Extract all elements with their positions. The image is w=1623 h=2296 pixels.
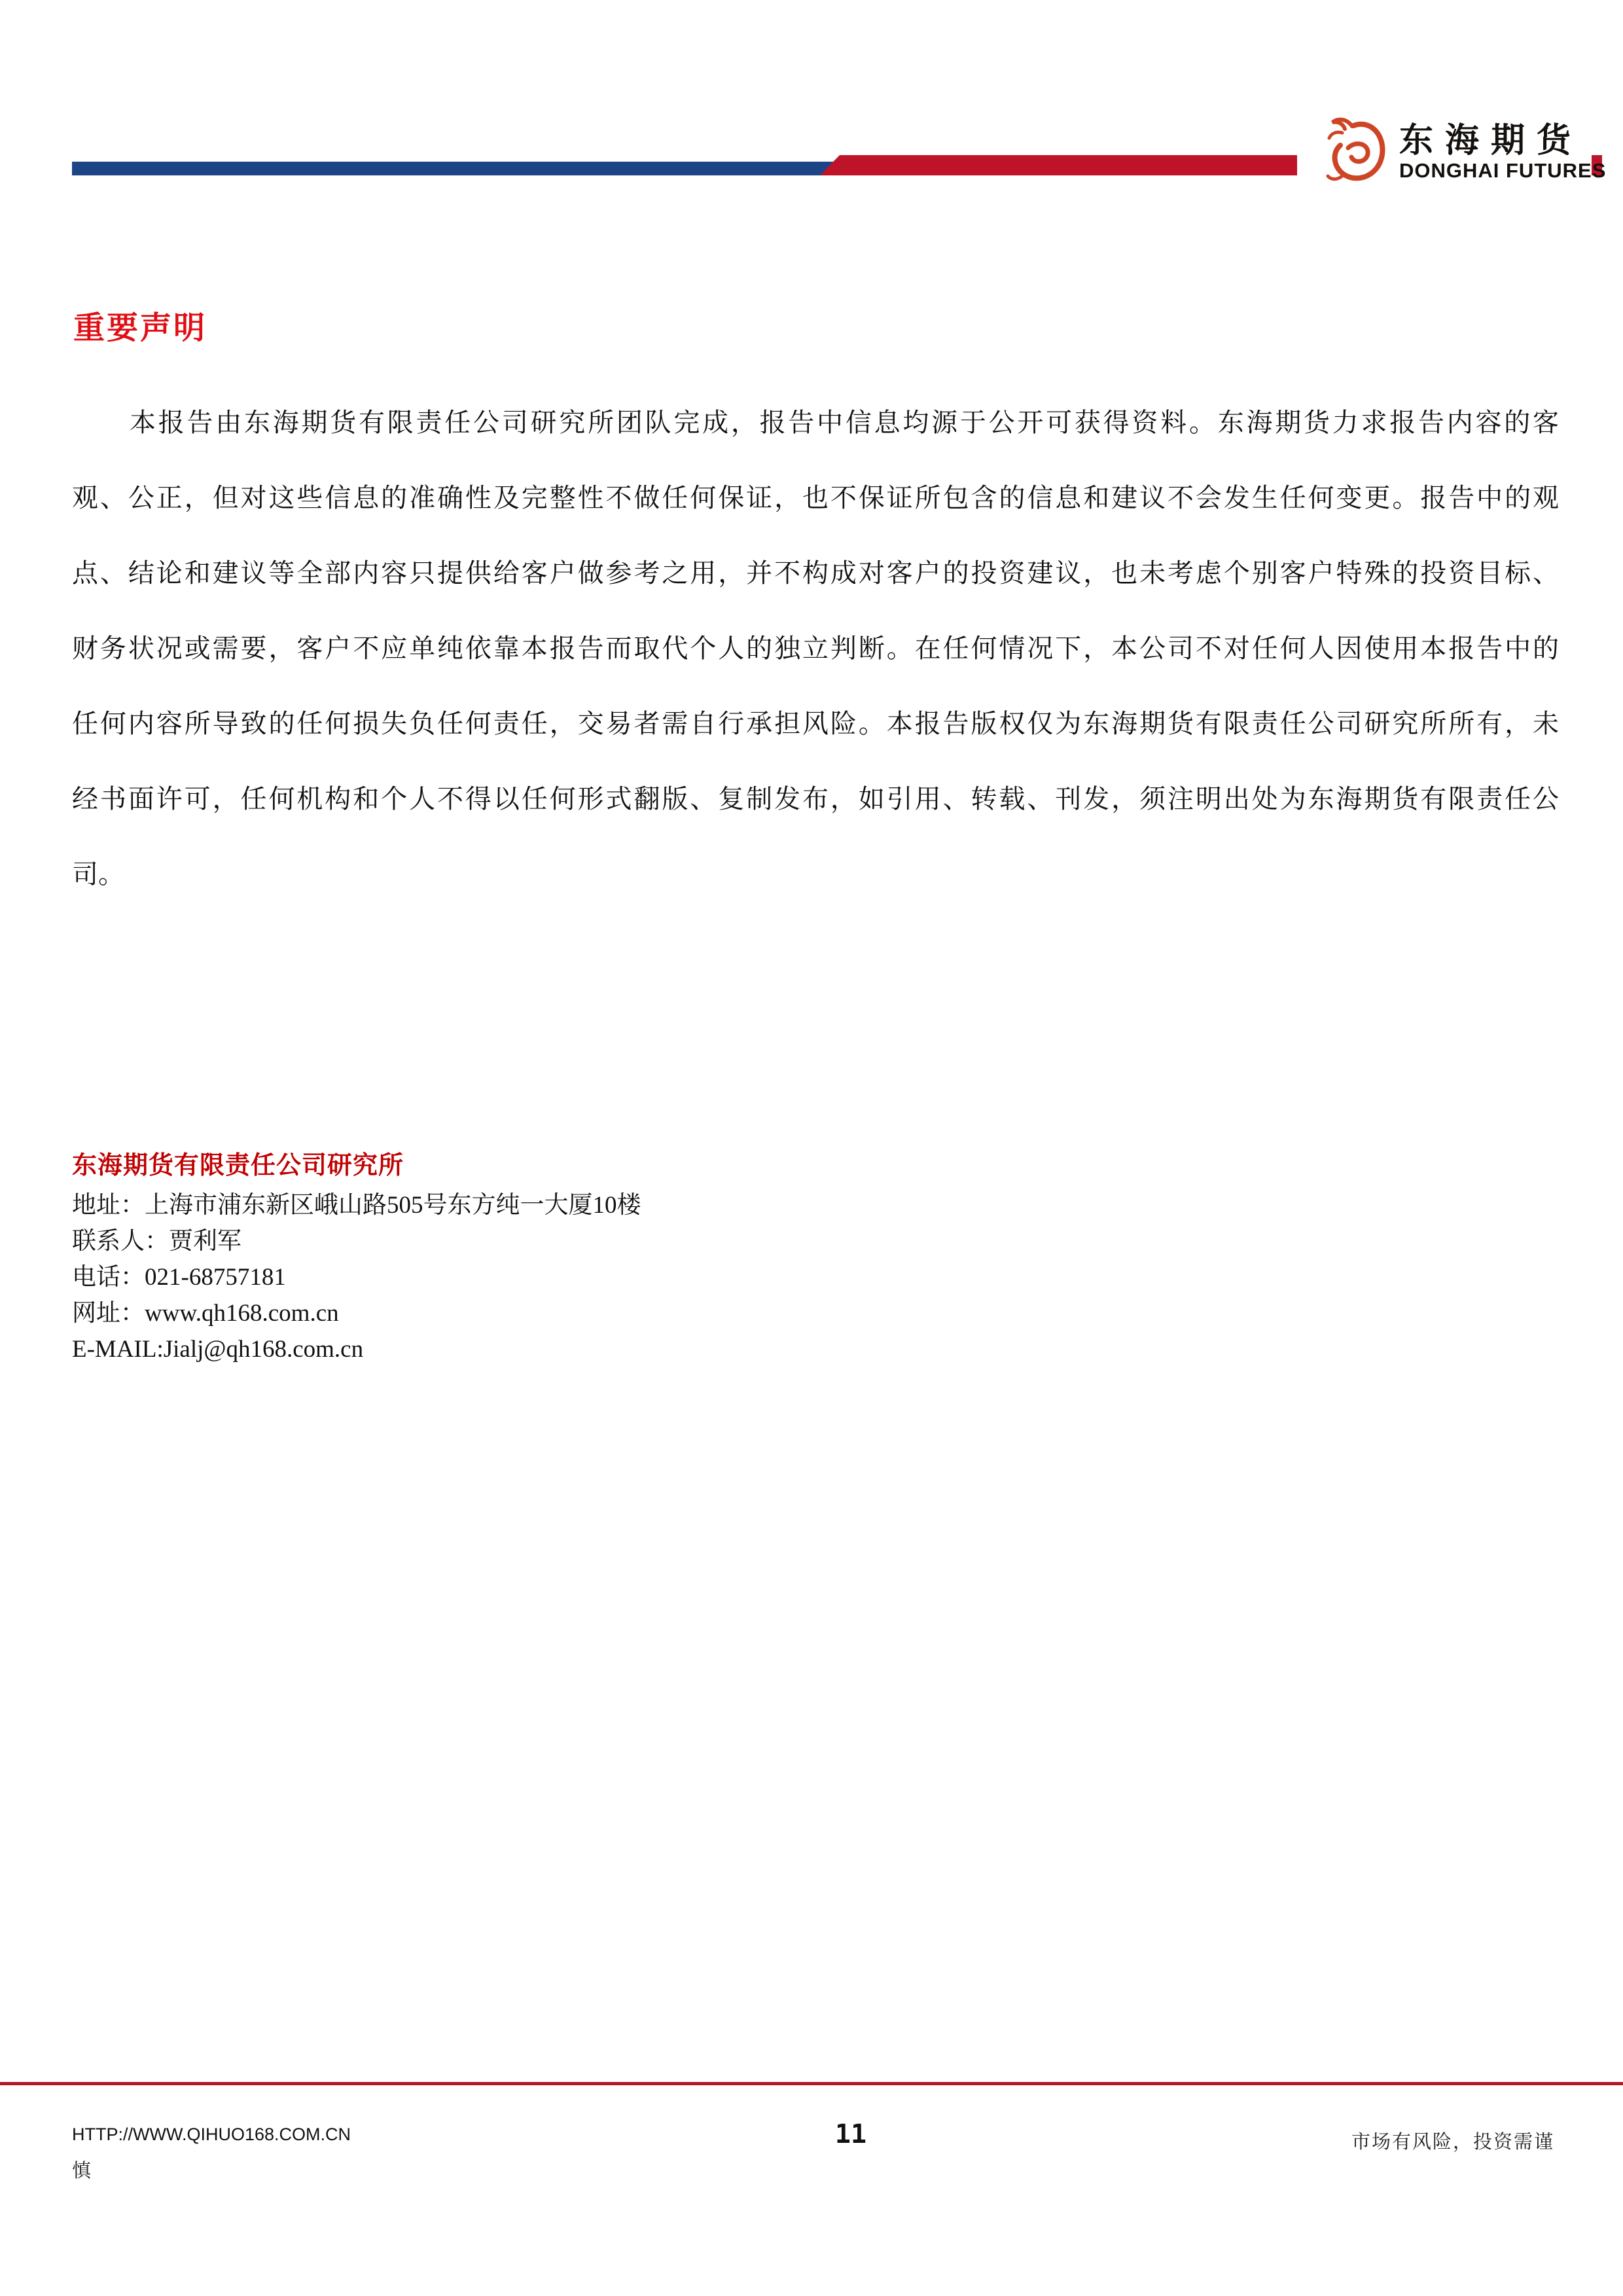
contact-address: 地址：上海市浦东新区峨山路505号东方纯一大厦10楼: [72, 1187, 988, 1223]
page-title: 重要声明: [73, 302, 207, 348]
disclaimer-paragraph: 本报告由东海期货有限责任公司研究所团队完成，报告中信息均源于公开可获得资料。东海…: [72, 385, 1559, 912]
contact-person: 联系人：贾利军: [72, 1223, 988, 1259]
disclaimer-line: 司。: [72, 836, 1559, 912]
contact-block: 东海期货有限责任公司研究所 地址：上海市浦东新区峨山路505号东方纯一大厦10楼…: [72, 1151, 988, 1367]
disclaimer-line: 点、结论和建议等全部内容只提供给客户做参考之用，并不构成对客户的投资建议，也未考…: [72, 535, 1559, 611]
disclaimer-line: 财务状况或需要，客户不应单纯依靠本报告而取代个人的独立判断。在任何情况下，本公司…: [72, 611, 1559, 686]
contact-phone: 电话：021-68757181: [72, 1259, 988, 1295]
disclaimer-line: 本报告由东海期货有限责任公司研究所团队完成，报告中信息均源于公开可获得资料。东海…: [72, 385, 1559, 460]
footer-page-number: 11: [811, 2119, 890, 2149]
contact-email: E-MAIL:Jialj@qh168.com.cn: [72, 1331, 988, 1367]
footer-website: HTTP://WWW.QIHUO168.COM.CN: [72, 2125, 351, 2145]
disclaimer-line: 观、公正，但对这些信息的准确性及完整性不做任何保证，也不保证所包含的信息和建议不…: [72, 460, 1559, 535]
disclaimer-line: 任何内容所导致的任何损失负任何责任，交易者需自行承担风险。本报告版权仅为东海期货…: [72, 686, 1559, 761]
dragon-icon: [1325, 113, 1389, 190]
logo-brand-chinese: 东海期货: [1399, 123, 1590, 160]
contact-institute-name: 东海期货有限责任公司研究所: [72, 1151, 988, 1181]
company-logo: 东海期货 DONGHAI FUTURES: [1297, 105, 1592, 200]
disclaimer-line: 经书面许可，任何机构和个人不得以任何形式翻版、复制发布，如引用、转载、刊发，须注…: [72, 761, 1559, 836]
document-page: 东海期货 DONGHAI FUTURES 重要声明 本报告由东海期货有限责任公司…: [0, 0, 1623, 2296]
logo-brand-english: DONGHAI FUTURES: [1399, 160, 1590, 182]
footer-risk-warning-wrapped-char: 慎: [72, 2156, 91, 2183]
logo-text-block: 东海期货 DONGHAI FUTURES: [1399, 123, 1590, 182]
footer-rule: [0, 2082, 1623, 2085]
contact-website: 网址：www.qh168.com.cn: [72, 1295, 988, 1331]
footer-risk-warning: 市场有风险，投资需谨: [1351, 2127, 1554, 2154]
header-blue-bar: [72, 162, 834, 175]
